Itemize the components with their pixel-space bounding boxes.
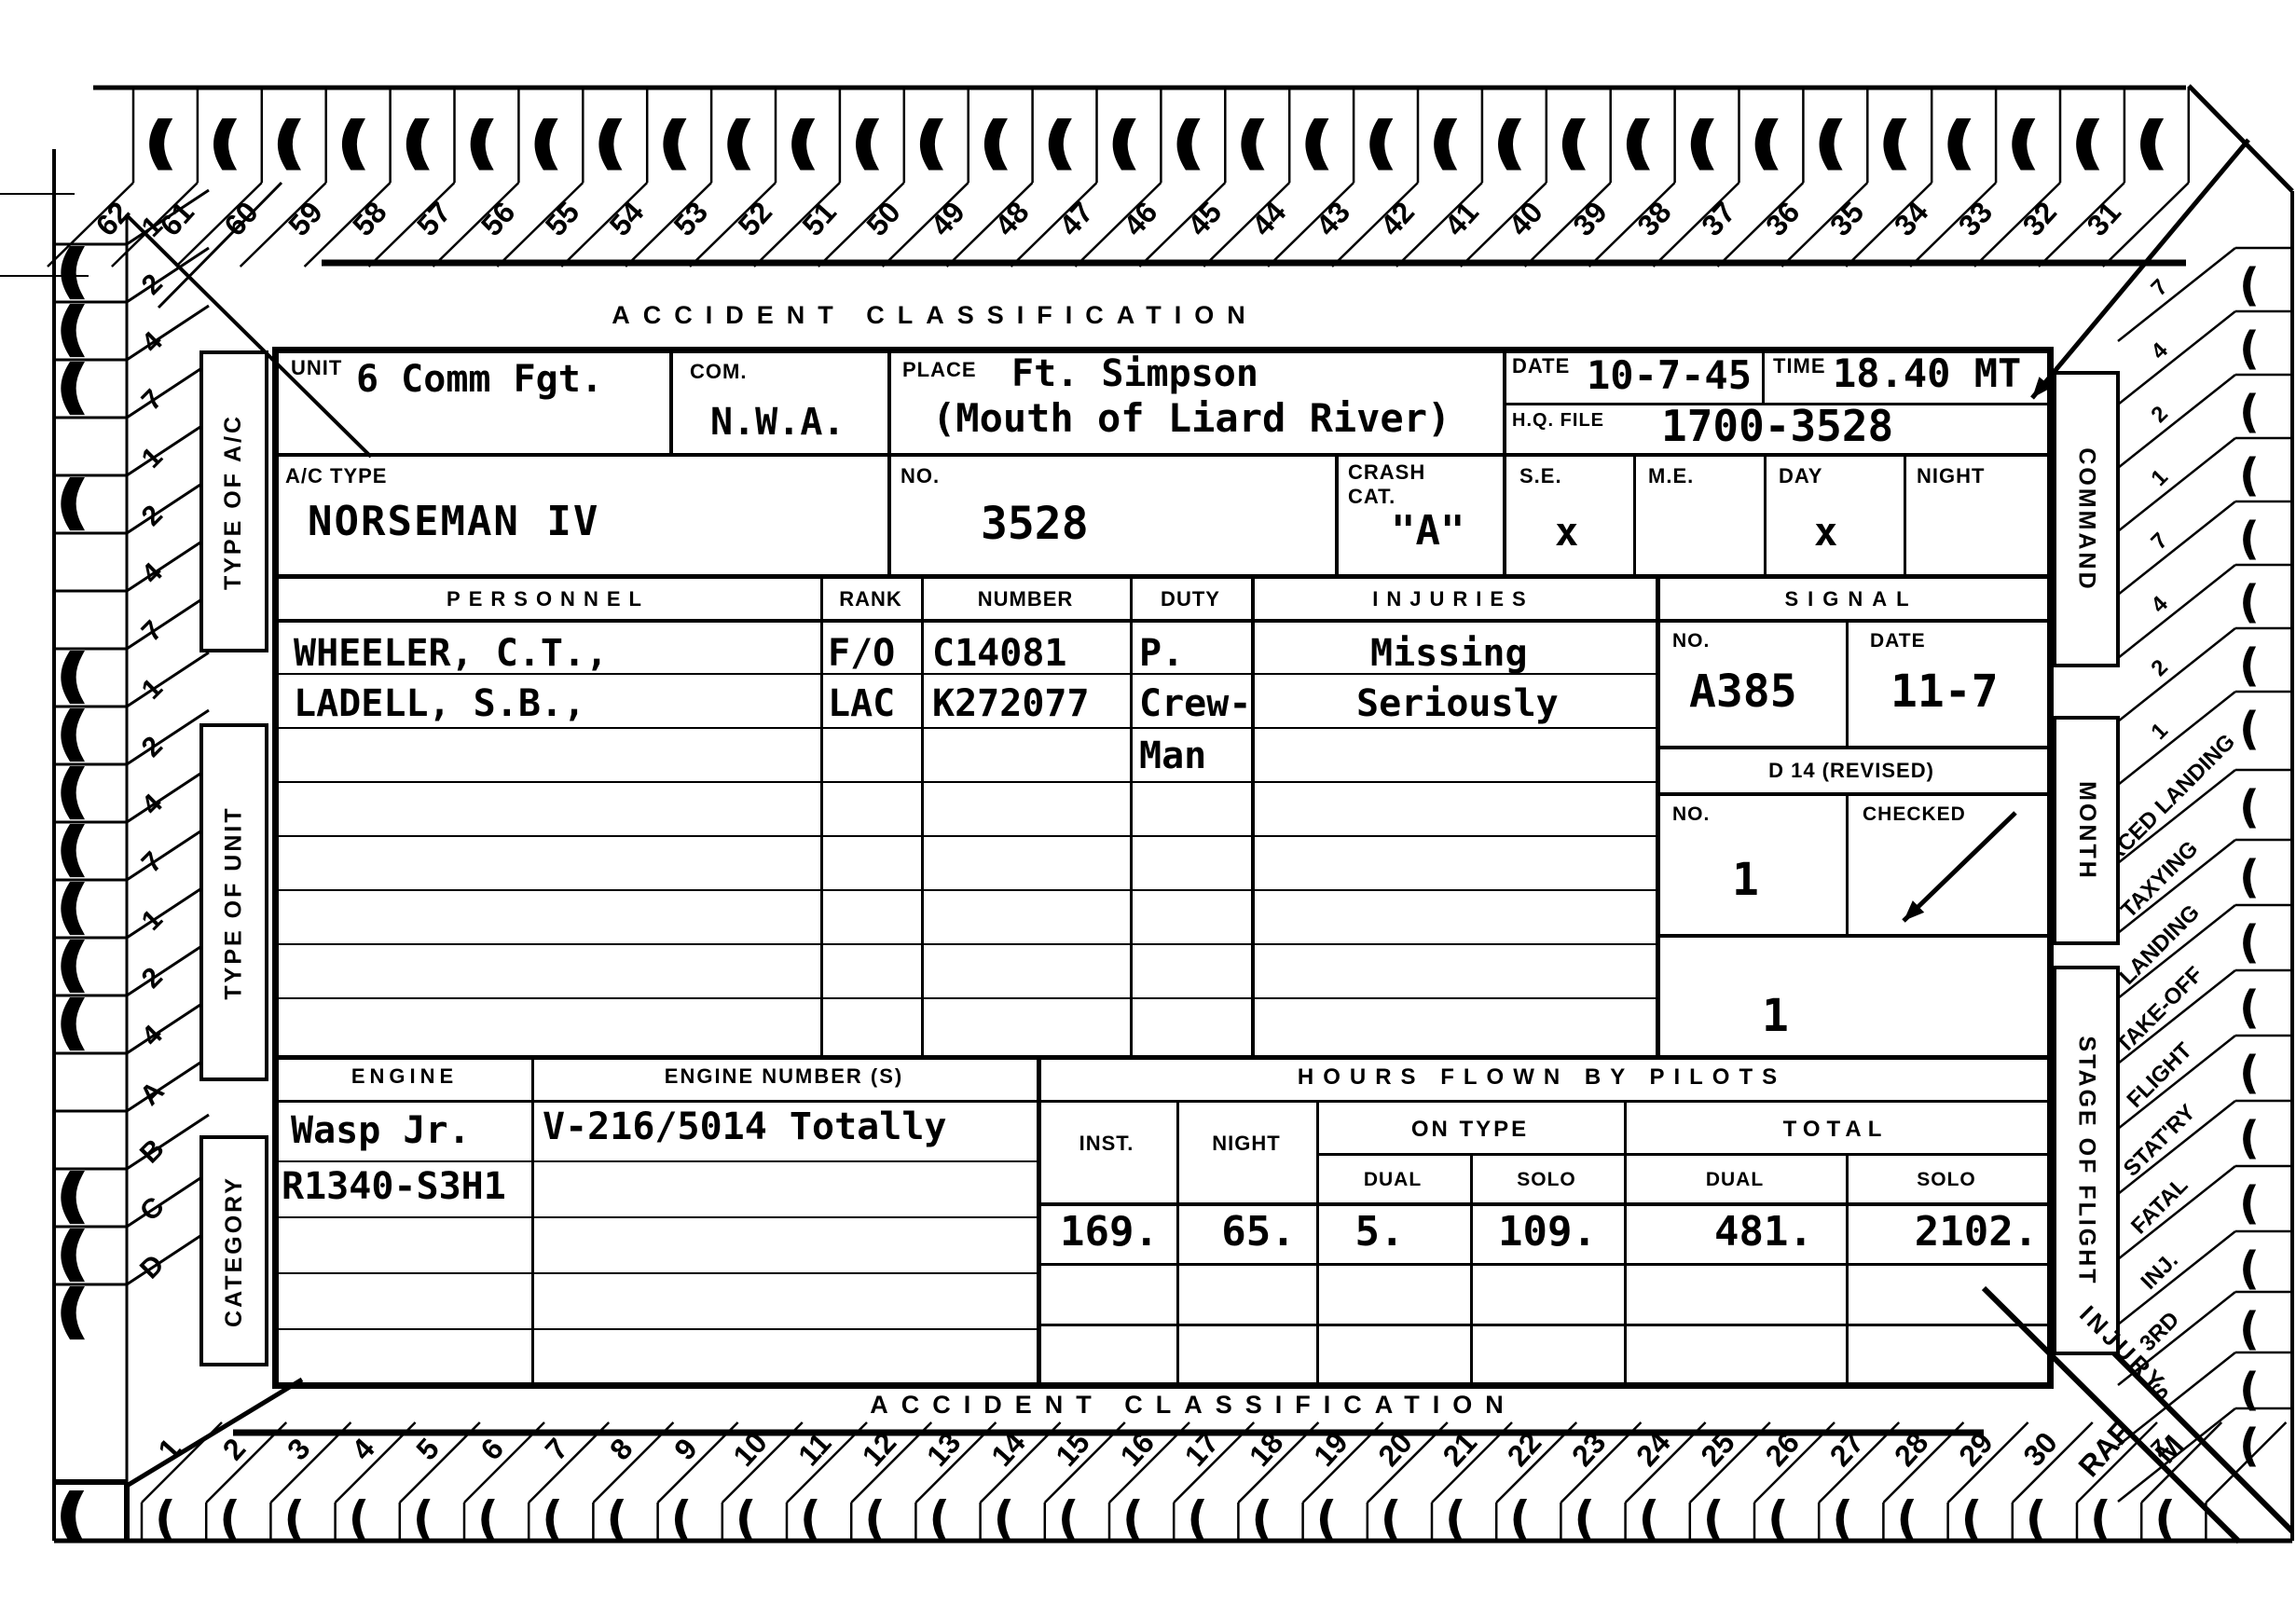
- card-line: [1589, 183, 1675, 267]
- card-line: [2013, 1422, 2093, 1503]
- time-value: 18.40 MT: [1833, 350, 2021, 396]
- punch-label: 1: [136, 904, 169, 937]
- card-line: [1819, 1422, 1899, 1503]
- engine-value-line2: R1340-S3H1: [282, 1165, 506, 1208]
- punch-label: 28: [1888, 1425, 1935, 1473]
- card-line: [127, 595, 209, 649]
- card-line: [2077, 1422, 2157, 1503]
- punch-label: 62: [89, 195, 137, 242]
- punch-label: 40: [1502, 195, 1549, 242]
- punch-crescent: (: [1961, 1491, 1983, 1545]
- night-label: NIGHT: [1917, 464, 1985, 488]
- card-line: [626, 183, 711, 267]
- punch-label: 61: [153, 195, 200, 242]
- punch-crescent: (: [1767, 1491, 1789, 1545]
- card-line: [722, 1422, 803, 1503]
- punch-crescent: (: [60, 299, 84, 360]
- card-line: [1717, 183, 1803, 267]
- card-line: [127, 248, 209, 302]
- card-line: [851, 1422, 931, 1503]
- card-line: [127, 421, 209, 475]
- punch-label: 23: [1565, 1425, 1613, 1473]
- punch-label: 49: [924, 195, 971, 242]
- d14-revised-label: D 14 (REVISED): [1768, 759, 1934, 783]
- punch-crescent: (: [477, 1491, 499, 1545]
- punch-crescent: (: [1368, 114, 1392, 172]
- punch-31-arrow: [2032, 140, 2248, 398]
- card-line: [127, 1057, 209, 1111]
- card-line: [1781, 183, 1867, 267]
- band-stage-of-flight: STAGE OF FLIGHT: [2053, 966, 2120, 1355]
- card-line: [1910, 183, 1996, 267]
- card-line: [787, 1422, 867, 1503]
- card-line: [241, 183, 326, 267]
- punch-crescent: (: [60, 1166, 84, 1227]
- on-type-label: ON TYPE: [1411, 1117, 1529, 1143]
- card-line: [2118, 1036, 2235, 1129]
- card-line: [2118, 438, 2235, 531]
- punch-crescent: (: [406, 114, 429, 172]
- punch-label: 1: [2146, 464, 2173, 491]
- card-line: [127, 999, 209, 1053]
- aircraft-no-value: 3528: [981, 498, 1089, 550]
- punch-label: 3: [281, 1432, 317, 1466]
- on-type-dual-value: 5.: [1355, 1208, 1405, 1256]
- card-line: [305, 183, 391, 267]
- punch-label: Z: [2146, 1434, 2173, 1462]
- punch-label: 25: [1694, 1425, 1741, 1473]
- punch-label: 1: [136, 442, 169, 474]
- punch-label: 11: [791, 1426, 837, 1472]
- hq-file-label: H.Q. FILE: [1512, 410, 1604, 432]
- punch-crescent: (: [60, 1282, 84, 1342]
- punch-crescent: (: [1048, 114, 1071, 172]
- punch-crescent: (: [2090, 1491, 2111, 1545]
- card-line: [2118, 1166, 2235, 1259]
- punch-label: 47: [1052, 195, 1100, 242]
- card-line: [127, 652, 209, 707]
- inst-value: 169.: [1060, 1208, 1159, 1256]
- card-line: [142, 1422, 222, 1503]
- classification-heading-bottom: ACCIDENT CLASSIFICATION: [870, 1391, 1517, 1420]
- card-line: [2118, 770, 2235, 863]
- card-line: [2118, 970, 2235, 1064]
- punch-label: 17: [1178, 1425, 1226, 1473]
- punch-crescent: (: [60, 646, 84, 707]
- aircraft-no-label: NO.: [901, 464, 940, 488]
- card-line: [206, 1422, 286, 1503]
- place-label: PLACE: [902, 358, 977, 382]
- punch-label: 2: [216, 1432, 253, 1466]
- punch-label: 7: [136, 384, 169, 417]
- punch-crescent: (: [1509, 1491, 1531, 1545]
- punch-crescent: (: [2075, 114, 2098, 172]
- card-line: [2118, 628, 2235, 721]
- punch-label: 55: [539, 195, 586, 242]
- punch-label: 2: [136, 962, 169, 995]
- punch-label: 7: [2146, 274, 2173, 301]
- card-line: [1690, 1422, 1770, 1503]
- punch-label: 27: [1823, 1425, 1871, 1473]
- punch-label: 32: [2016, 195, 2064, 242]
- crash-cat-value: "A": [1391, 507, 1464, 555]
- signal-date-label: DATE: [1870, 630, 1926, 652]
- card-line: [2118, 248, 2235, 341]
- crash-cat-label: CRASH CAT.: [1348, 460, 1425, 509]
- band-command: COMMAND: [2053, 371, 2120, 667]
- card-line: [1174, 1422, 1254, 1503]
- engine-header: ENGINE: [351, 1064, 458, 1089]
- punch-crescent: (: [1122, 1491, 1144, 1545]
- personnel-rank: F/O: [828, 632, 895, 675]
- card-line: [2118, 311, 2235, 405]
- punch-label: 4: [2146, 591, 2173, 618]
- d14-no-label: NO.: [1672, 803, 1710, 826]
- place-value-line2: (Mouth of Liard River): [932, 395, 1450, 441]
- punch-label: 53: [667, 195, 715, 242]
- punch-label: 20: [1371, 1425, 1419, 1473]
- card-line: [2118, 1408, 2235, 1502]
- night-value: 65.: [1221, 1208, 1295, 1256]
- punch-crescent: (: [2239, 386, 2260, 438]
- card-line: [658, 1422, 738, 1503]
- duty-header: DUTY: [1161, 587, 1220, 611]
- card-line: [2118, 1101, 2235, 1194]
- punch-crescent: (: [341, 114, 364, 172]
- band-type-of-ac: TYPE OF A/C: [199, 350, 268, 652]
- punch-crescent: (: [928, 1491, 950, 1545]
- card-line: [127, 941, 209, 995]
- personnel-duty: Crew-: [1139, 682, 1251, 725]
- scan-artifact: [0, 275, 89, 277]
- card-line: [1654, 183, 1739, 267]
- total-solo-value: 2102.: [1915, 1208, 2038, 1256]
- punch-label: 39: [1566, 195, 1614, 242]
- band-month: MONTH: [2053, 716, 2120, 945]
- punch-label: 31: [2080, 195, 2127, 242]
- personnel-name: WHEELER, C.T.,: [294, 632, 608, 675]
- punch-crescent: (: [855, 114, 878, 172]
- card-line: [127, 710, 209, 764]
- card-line: [127, 1230, 209, 1284]
- card-line: [947, 183, 1033, 267]
- card-line: [127, 1380, 302, 1486]
- card-line: [2118, 840, 2235, 933]
- personnel-duty: Man: [1139, 734, 1206, 777]
- punch-label: 13: [920, 1425, 968, 1473]
- punch-crescent: (: [413, 1491, 434, 1545]
- signal-date-value: 11-7: [1890, 666, 1999, 718]
- punch-crescent: (: [598, 114, 621, 172]
- punch-crescent: (: [1304, 114, 1327, 172]
- punch-crescent: (: [542, 1491, 563, 1545]
- card-line: [529, 1422, 609, 1503]
- punch-crescent: (: [1561, 114, 1585, 172]
- band-type-of-unit: TYPE OF UNIT: [199, 723, 268, 1081]
- punch-label: FATAL: [2126, 1173, 2193, 1239]
- punch-label: 41: [1437, 195, 1485, 242]
- punch-label: INJ.: [2137, 1248, 2183, 1295]
- punch-label: 26: [1759, 1425, 1807, 1473]
- hq-file-value: 1700-3528: [1661, 401, 1893, 451]
- punch-crescent: (: [1058, 1491, 1079, 1545]
- card-line: [1268, 183, 1354, 267]
- card-line: [1203, 183, 1289, 267]
- day-label: DAY: [1779, 464, 1822, 488]
- punch-crescent: (: [60, 935, 84, 995]
- punch-label: 34: [1888, 195, 1935, 242]
- punch-crescent: (: [726, 114, 749, 172]
- punch-label: 1: [151, 1432, 187, 1466]
- date-value: 10-7-45: [1587, 352, 1752, 398]
- punch-crescent: (: [2239, 513, 2260, 565]
- card-line: [127, 537, 209, 591]
- card-line: [1075, 183, 1161, 267]
- total-dual-value: 481.: [1714, 1208, 1813, 1256]
- punch-label: 10: [726, 1425, 774, 1473]
- card-line: [400, 1422, 480, 1503]
- punch-crescent: (: [1574, 1491, 1595, 1545]
- punch-crescent: (: [60, 762, 84, 822]
- personnel-injuries: Seriously: [1356, 682, 1559, 725]
- punch-crescent: (: [277, 114, 300, 172]
- punch-crescent: (: [60, 1486, 83, 1544]
- punch-crescent: (: [60, 473, 84, 533]
- punch-label: 6: [474, 1432, 510, 1466]
- engine-number-value: V-216/5014 Totally: [543, 1105, 946, 1148]
- punch-crescent: (: [1187, 1491, 1208, 1545]
- punch-crescent: (: [1251, 1491, 1272, 1545]
- punch-label: 57: [410, 195, 458, 242]
- card-line: [883, 183, 969, 267]
- signal-header: SIGNAL: [1784, 587, 1918, 611]
- punch-label: 7: [136, 615, 169, 648]
- punch-crescent: (: [2239, 639, 2260, 692]
- punch-crescent: (: [2239, 916, 2260, 968]
- punch-label: 7: [2146, 528, 2173, 555]
- punch-label: 60: [217, 195, 265, 242]
- punch-crescent: (: [1497, 114, 1520, 172]
- card-line: [127, 479, 209, 533]
- punch-label: STAT'RY: [2119, 1100, 2201, 1182]
- card-line: [158, 183, 282, 308]
- punch-crescent: (: [2154, 1491, 2176, 1545]
- com-label: COM.: [690, 360, 747, 384]
- punch-crescent: (: [219, 1491, 241, 1545]
- on-type-solo-value: 109.: [1498, 1208, 1597, 1256]
- card-line: [818, 183, 904, 267]
- punch-crescent: (: [1445, 1491, 1466, 1545]
- signal-no-label: NO.: [1672, 630, 1710, 652]
- punch-label: D: [134, 1249, 171, 1285]
- card-line: [127, 768, 209, 822]
- punch-label: TAXYING: [2116, 836, 2203, 923]
- punch-crescent: (: [60, 877, 84, 938]
- engine-number-header: ENGINE NUMBER (S): [665, 1064, 903, 1089]
- punch-label: 37: [1695, 195, 1742, 242]
- punch-crescent: (: [148, 114, 172, 172]
- punch-crescent: (: [60, 819, 84, 880]
- punch-label: 2: [2146, 654, 2173, 681]
- punch-label: RAF: [2071, 1415, 2138, 1483]
- card-line: [1432, 1422, 1512, 1503]
- punch-label: 42: [1374, 195, 1422, 242]
- punch-crescent: (: [60, 704, 84, 764]
- punch-crescent: (: [533, 114, 557, 172]
- card-line: [48, 183, 133, 267]
- punch-label: 59: [282, 195, 329, 242]
- punch-label: 56: [474, 195, 522, 242]
- punch-label: 4: [136, 1019, 169, 1051]
- punch-label: 2: [136, 731, 169, 763]
- punch-label: 2: [136, 268, 169, 301]
- punch-label: 16: [1114, 1425, 1162, 1473]
- punch-crescent: (: [349, 1491, 370, 1545]
- punch-label: 5: [409, 1432, 446, 1466]
- on-type-solo-label: SOLO: [1517, 1169, 1576, 1191]
- card-line: [127, 364, 209, 418]
- card-line: [2118, 692, 2235, 785]
- punch-crescent: (: [1754, 114, 1778, 172]
- punch-label: 48: [988, 195, 1036, 242]
- punch-label: FLIGHT: [2123, 1037, 2198, 1113]
- d14-no-value: 1: [1732, 854, 1759, 906]
- punch-crescent: (: [662, 114, 685, 172]
- total-label: TOTAL: [1783, 1117, 1889, 1143]
- punch-crescent: (: [470, 114, 493, 172]
- punch-crescent: (: [791, 114, 814, 172]
- date-label: DATE: [1512, 354, 1570, 378]
- punch-label: 4: [345, 1432, 381, 1466]
- punch-label: 18: [1243, 1425, 1290, 1473]
- punch-crescent: (: [1112, 114, 1135, 172]
- card-line: [1846, 183, 1932, 267]
- injuries-header: INJURIES: [1372, 587, 1533, 611]
- punch-crescent: (: [2239, 981, 2260, 1034]
- card-line: [2118, 375, 2235, 468]
- me-label: M.E.: [1648, 464, 1694, 488]
- unit-label: UNIT: [291, 356, 342, 380]
- card-line: [2103, 183, 2189, 267]
- punch-crescent: (: [1626, 114, 1649, 172]
- number-header: NUMBER: [978, 587, 1074, 611]
- on-type-dual-label: DUAL: [1364, 1169, 1422, 1191]
- punch-label: 7: [539, 1432, 575, 1466]
- card-line: [127, 190, 209, 244]
- punch-label: TAKE-OFF: [2111, 962, 2208, 1059]
- card-line: [433, 183, 518, 267]
- personnel-injuries: Missing: [1370, 632, 1528, 675]
- card-line: [1754, 1422, 1835, 1503]
- personnel-name: LADELL, S.B.,: [294, 682, 585, 725]
- band-category: CATEGORY: [199, 1135, 268, 1366]
- punch-crescent: (: [2139, 114, 2163, 172]
- punch-crescent: (: [1690, 114, 1713, 172]
- ac-type-value: NORSEMAN IV: [308, 498, 599, 545]
- punch-crescent: (: [1316, 1491, 1338, 1545]
- punch-label: 4: [136, 556, 169, 589]
- signal-no-value: A385: [1689, 666, 1797, 718]
- ac-type-label: A/C TYPE: [285, 464, 387, 488]
- punch-crescent: (: [2239, 1364, 2260, 1416]
- card-line: [112, 183, 198, 267]
- punch-label: 15: [1049, 1425, 1096, 1473]
- card-line: [127, 1115, 209, 1169]
- punch-label: 1: [136, 673, 169, 706]
- unit-value: 6 Comm Fgt.: [356, 358, 603, 401]
- punch-crescent: (: [1946, 114, 1970, 172]
- punch-crescent: (: [2239, 1177, 2260, 1229]
- punch-crescent: (: [2239, 323, 2260, 375]
- punch-crescent: (: [1818, 114, 1841, 172]
- card-line: [127, 306, 209, 360]
- punch-label: 21: [1437, 1425, 1484, 1473]
- personnel-duty: P.: [1139, 632, 1184, 675]
- card-line: [497, 183, 583, 267]
- card-line: [1332, 183, 1418, 267]
- punch-label: 29: [1952, 1425, 2000, 1473]
- punch-label: 44: [1245, 195, 1293, 242]
- card-line: [1883, 1422, 1963, 1503]
- card-line: [1045, 1422, 1125, 1503]
- punch-label: 4: [136, 325, 169, 358]
- punch-crescent: (: [864, 1491, 886, 1545]
- punch-crescent: (: [994, 1491, 1015, 1545]
- rank-header: RANK: [839, 587, 902, 611]
- card-line: [127, 884, 209, 938]
- punch-crescent: (: [736, 1491, 757, 1545]
- card-line: [127, 826, 209, 880]
- punch-label: 38: [1630, 195, 1678, 242]
- punch-crescent: (: [2026, 1491, 2047, 1545]
- punch-crescent: (: [283, 1491, 305, 1545]
- punch-label: 45: [1181, 195, 1229, 242]
- punch-label: 58: [346, 195, 393, 242]
- punch-crescent: (: [1433, 114, 1456, 172]
- punch-crescent: (: [1175, 114, 1199, 172]
- punch-label: 4: [136, 788, 169, 820]
- signal-extra-value: 1: [1762, 990, 1789, 1042]
- total-dual-label: DUAL: [1706, 1169, 1764, 1191]
- punch-crescent: (: [155, 1491, 176, 1545]
- punch-crescent: (: [2239, 1420, 2260, 1472]
- punch-crescent: (: [2239, 703, 2260, 755]
- punch-label: B: [134, 1133, 171, 1170]
- card-line: [2141, 1422, 2221, 1503]
- hours-flown-header: HOURS FLOWN BY PILOTS: [1298, 1064, 1786, 1091]
- punch-crescent: (: [2239, 576, 2260, 628]
- punch-crescent: (: [1381, 1491, 1402, 1545]
- punch-label: 8: [603, 1432, 639, 1466]
- night-label: NIGHT: [1212, 1132, 1280, 1156]
- punch-label: 51: [795, 195, 843, 242]
- punch-crescent: (: [213, 114, 236, 172]
- punch-label: 9: [667, 1432, 704, 1466]
- punch-crescent: (: [2239, 1242, 2260, 1295]
- card-line: [1626, 1422, 1706, 1503]
- time-label: TIME: [1773, 354, 1826, 378]
- punch-label: 2: [2146, 401, 2173, 428]
- card-line: [2118, 905, 2235, 998]
- punch-label: 14: [984, 1425, 1032, 1473]
- punch-label: C: [134, 1191, 171, 1228]
- card-line: [2118, 501, 2235, 595]
- card-line: [561, 183, 647, 267]
- punch-crescent: (: [2239, 1112, 2260, 1164]
- corner-cut-edge: [2189, 86, 2292, 191]
- card-line: [593, 1422, 673, 1503]
- punch-label: 43: [1310, 195, 1357, 242]
